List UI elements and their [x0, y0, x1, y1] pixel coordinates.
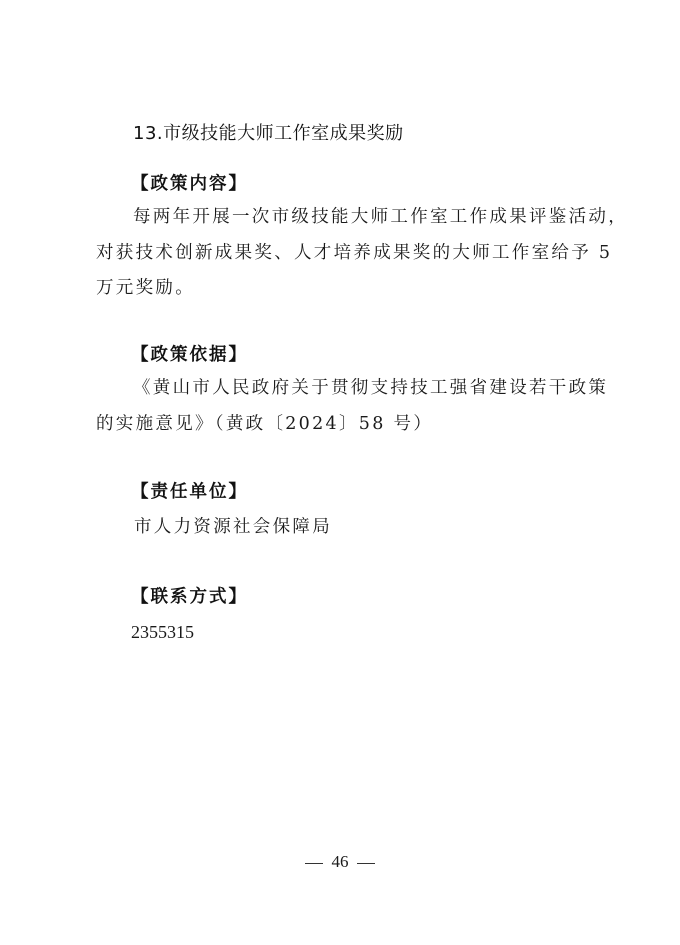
page-footer: 46 — [0, 850, 680, 874]
dash-decoration-right — [357, 863, 375, 864]
section-label-responsible-unit: 【责任单位】 — [131, 480, 248, 504]
page-number: 46 — [332, 852, 349, 871]
policy-content-line: 每两年开展一次市级技能大师工作室工作成果评鉴活动， — [96, 200, 588, 236]
section-label-policy-content: 【政策内容】 — [131, 172, 248, 196]
dash-decoration-left — [305, 863, 323, 864]
item-title: 13.市级技能大师工作室成果奖励 — [133, 122, 404, 146]
policy-content-line: 万元奖励。 — [96, 271, 588, 307]
contact-phone-number: 2355315 — [131, 620, 194, 644]
policy-content-line: 对获技术创新成果奖、人才培养成果奖的大师工作室给予 5 — [96, 236, 588, 272]
policy-content-paragraph: 每两年开展一次市级技能大师工作室工作成果评鉴活动， 对获技术创新成果奖、人才培养… — [96, 200, 588, 307]
policy-basis-line: 《黄山市人民政府关于贯彻支持技工强省建设若干政策 — [96, 371, 588, 407]
section-label-contact: 【联系方式】 — [131, 585, 248, 609]
policy-basis-paragraph: 《黄山市人民政府关于贯彻支持技工强省建设若干政策 的实施意见》（黄政〔2024〕… — [96, 371, 588, 442]
responsible-unit-text: 市人力资源社会保障局 — [134, 515, 332, 539]
document-page: 13.市级技能大师工作室成果奖励 【政策内容】 每两年开展一次市级技能大师工作室… — [0, 0, 680, 945]
section-label-policy-basis: 【政策依据】 — [131, 343, 248, 367]
policy-basis-line: 的实施意见》（黄政〔2024〕58 号） — [96, 407, 588, 443]
